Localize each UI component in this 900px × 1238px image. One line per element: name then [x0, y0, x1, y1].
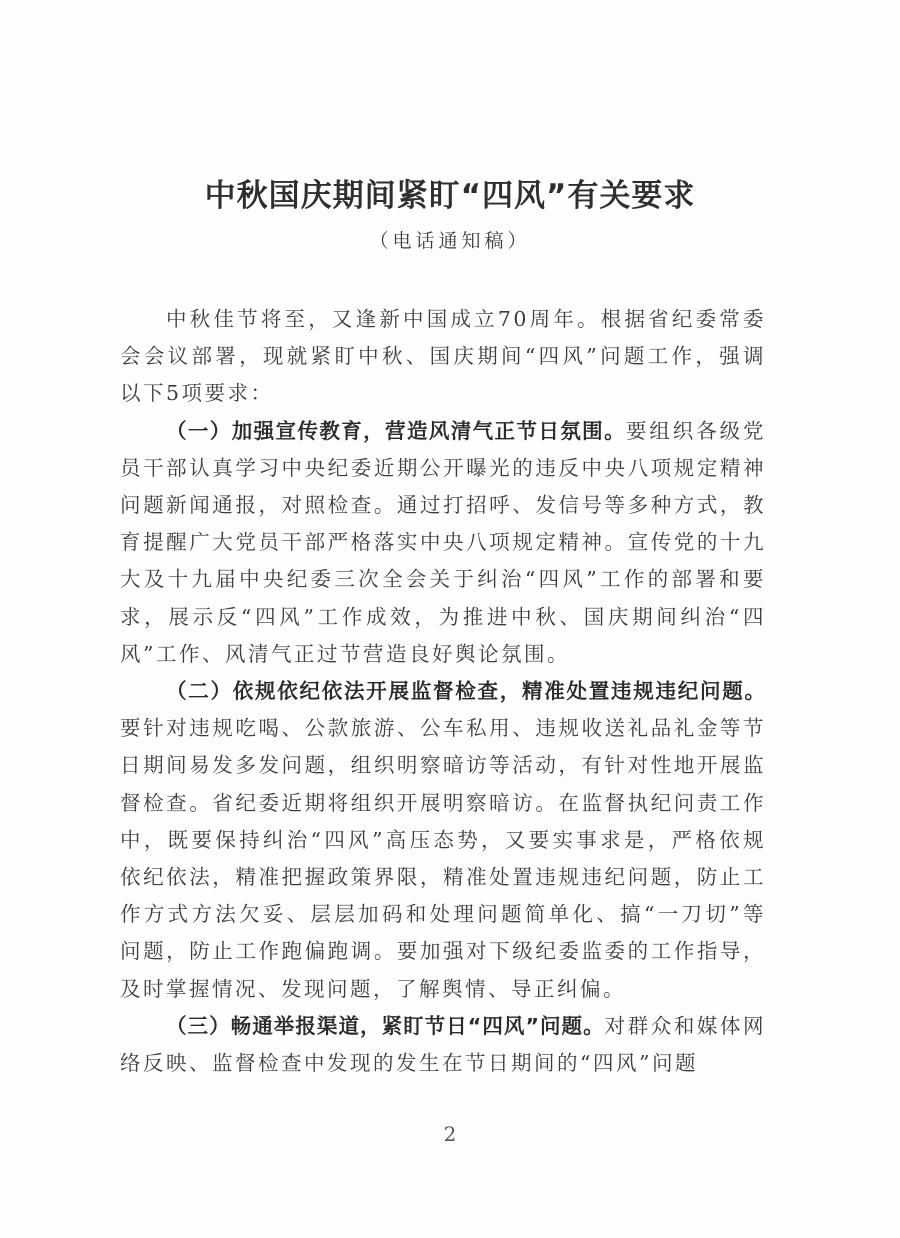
document-subtitle: （电话通知稿）	[0, 228, 900, 254]
requirement-paragraph-2: （二）依规依纪依法开展监督检查，精准处置违规违纪问题。要针对违规吃喝、公款旅游、…	[120, 673, 766, 1008]
paragraph-text: 中秋佳节将至，又逢新中国成立70周年。根据省纪委常委会会议部署，现就紧盯中秋、国…	[120, 307, 766, 405]
paragraph-heading: （二）依规依纪依法开展监督检查，精准处置违规违纪问题。	[166, 679, 766, 703]
requirement-paragraph-3: （三）畅通举报渠道，紧盯节日“四风”问题。对群众和媒体网络反映、监督检查中发现的…	[120, 1008, 766, 1082]
document-page: 中秋国庆期间紧盯“四风”有关要求 （电话通知稿） 中秋佳节将至，又逢新中国成立7…	[0, 0, 900, 1238]
page-number: 2	[0, 1122, 900, 1146]
paragraph-text: 要针对违规吃喝、公款旅游、公车私用、违规收送礼品礼金等节日期间易发多发问题，组织…	[120, 716, 766, 1000]
document-body: 中秋佳节将至，又逢新中国成立70周年。根据省纪委常委会会议部署，现就紧盯中秋、国…	[120, 301, 766, 1082]
paragraph-heading: （一）加强宣传教育，营造风清气正节日氛围。	[166, 419, 626, 443]
paragraph-text: 要组织各级党员干部认真学习中央纪委近期公开曝光的违反中央八项规定精神问题新闻通报…	[120, 419, 766, 666]
paragraph-heading: （三）畅通举报渠道，紧盯节日“四风”问题。	[166, 1014, 605, 1038]
requirement-paragraph-1: （一）加强宣传教育，营造风清气正节日氛围。要组织各级党员干部认真学习中央纪委近期…	[120, 413, 766, 673]
intro-paragraph: 中秋佳节将至，又逢新中国成立70周年。根据省纪委常委会会议部署，现就紧盯中秋、国…	[120, 301, 766, 413]
document-title: 中秋国庆期间紧盯“四风”有关要求	[0, 176, 900, 216]
